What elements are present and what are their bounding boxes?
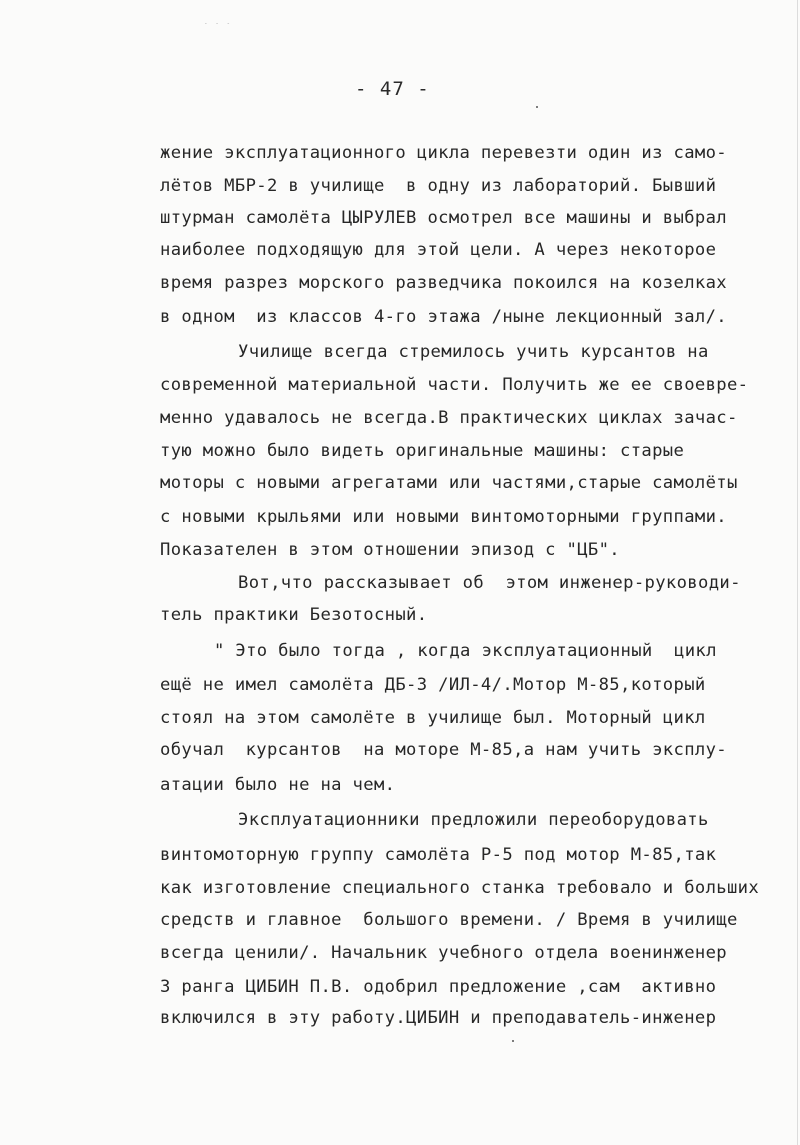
ink-speck	[536, 106, 538, 108]
text-line: стоял на этом самолёте в училище был. Мо…	[160, 708, 706, 728]
text-line: моторы с новыми агрегатами или частями,с…	[160, 473, 738, 493]
text-line: жение эксплуатационного цикла перевезти …	[160, 143, 727, 163]
text-line: винтомоторную группу самолёта Р-5 под мо…	[160, 845, 716, 865]
text-line: Показателен в этом отношении эпизод с "Ц…	[160, 540, 620, 560]
page-edge-line	[797, 0, 798, 1145]
text-line: Вот,что рассказывает об этом инженер-рук…	[238, 573, 741, 593]
text-line: атации было не на чем.	[160, 775, 395, 795]
text-line: обучал курсантов на моторе М-85,а нам уч…	[160, 740, 727, 760]
text-line: с новыми крыльями или новыми винтомоторн…	[160, 507, 727, 527]
text-line: в одном из классов 4-го этажа /ныне лекц…	[160, 307, 727, 327]
text-line: как изготовление специального станка тре…	[160, 878, 759, 898]
text-line: менно удавалось не всегда.В практических…	[160, 408, 738, 428]
text-line: лётов МБР-2 в училище в одну из лаборато…	[160, 176, 716, 196]
ink-speck	[512, 1040, 514, 1042]
text-line: ещё не имел самолёта ДБ-3 /ИЛ-4/.Мотор М…	[160, 675, 706, 695]
text-line: тую можно было видеть оригинальные машин…	[160, 441, 684, 461]
text-line: средств и главное большого времени. / Вр…	[160, 910, 738, 930]
text-line: " Это было тогда , когда эксплуатационны…	[214, 641, 717, 661]
text-line: наиболее подходящую для этой цели. А чер…	[160, 240, 716, 260]
text-line: тель практики Безотосный.	[160, 605, 427, 625]
page-number: - 47 -	[355, 78, 430, 100]
text-line: включился в эту работу.ЦИБИН и преподава…	[160, 1008, 716, 1028]
text-line: штурман самолёта ЦЫРУЛЕВ осмотрел все ма…	[160, 208, 727, 228]
top-marks: - - -	[204, 20, 232, 27]
text-line: 3 ранга ЦИБИН П.В. одобрил предложение ,…	[160, 977, 716, 997]
text-line: Училище всегда стремилось учить курсанто…	[238, 342, 709, 362]
text-line: Эксплуатационники предложили переоборудо…	[238, 810, 709, 830]
text-line: время разрез морского разведчика покоилс…	[160, 273, 727, 293]
text-line: современной материальной части. Получить…	[160, 375, 748, 395]
typewritten-page: - - - - 47 - жение эксплуатационного цик…	[0, 0, 800, 1145]
text-line: всегда ценили/. Начальник учебного отдел…	[160, 943, 727, 963]
